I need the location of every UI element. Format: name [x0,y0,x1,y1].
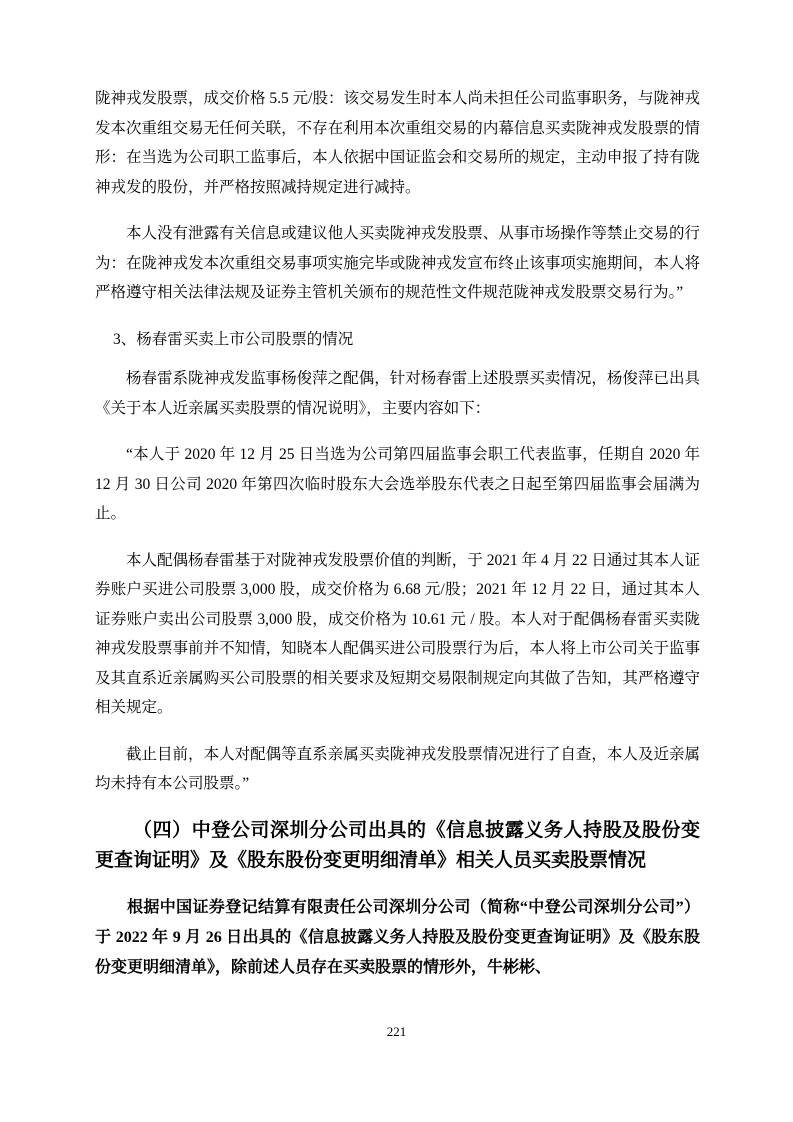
paragraph-stock-trade-continuation: 陇神戎发股票，成交价格 5.5 元/股：该交易发生时本人尚未担任公司监事职务，与… [95,84,700,202]
paragraph-spouse-intro: 杨春雷系陇神戎发监事杨俊萍之配偶，针对杨春雷上述股票买卖情况，杨俊萍已出具《关于… [95,364,700,423]
document-page: 陇神戎发股票，成交价格 5.5 元/股：该交易发生时本人尚未担任公司监事职务，与… [0,0,793,1122]
paragraph-csdc-certificate: 根据中国证券登记结算有限责任公司深圳分公司（简称“中登公司深圳分公司”）于 20… [95,893,700,983]
paragraph-quote-trades: 本人配偶杨春雷基于对陇神戎发股票价值的判断，于 2021 年 4 月 22 日通… [95,546,700,723]
page-number: 221 [0,1024,793,1040]
paragraph-quote-term: “本人于 2020 年 12 月 25 日当选为公司第四届监事会职工代表监事，任… [95,440,700,529]
paragraph-no-leak-statement: 本人没有泄露有关信息或建议他人买卖陇神戎发股票、从事市场操作等禁止交易的行为：在… [95,219,700,308]
section-heading-four: （四）中登公司深圳分公司出具的《信息披露义务人持股及股份变更查询证明》及《股东股… [95,816,700,876]
numbered-subheading-item3: 3、杨春雷买卖上市公司股票的情况 [95,325,700,355]
paragraph-quote-selfcheck: 截止目前，本人对配偶等直系亲属买卖陇神戎发股票情况进行了自查，本人及近亲属均未持… [95,740,700,799]
page-body: 陇神戎发股票，成交价格 5.5 元/股：该交易发生时本人尚未担任公司监事职务，与… [95,84,700,983]
